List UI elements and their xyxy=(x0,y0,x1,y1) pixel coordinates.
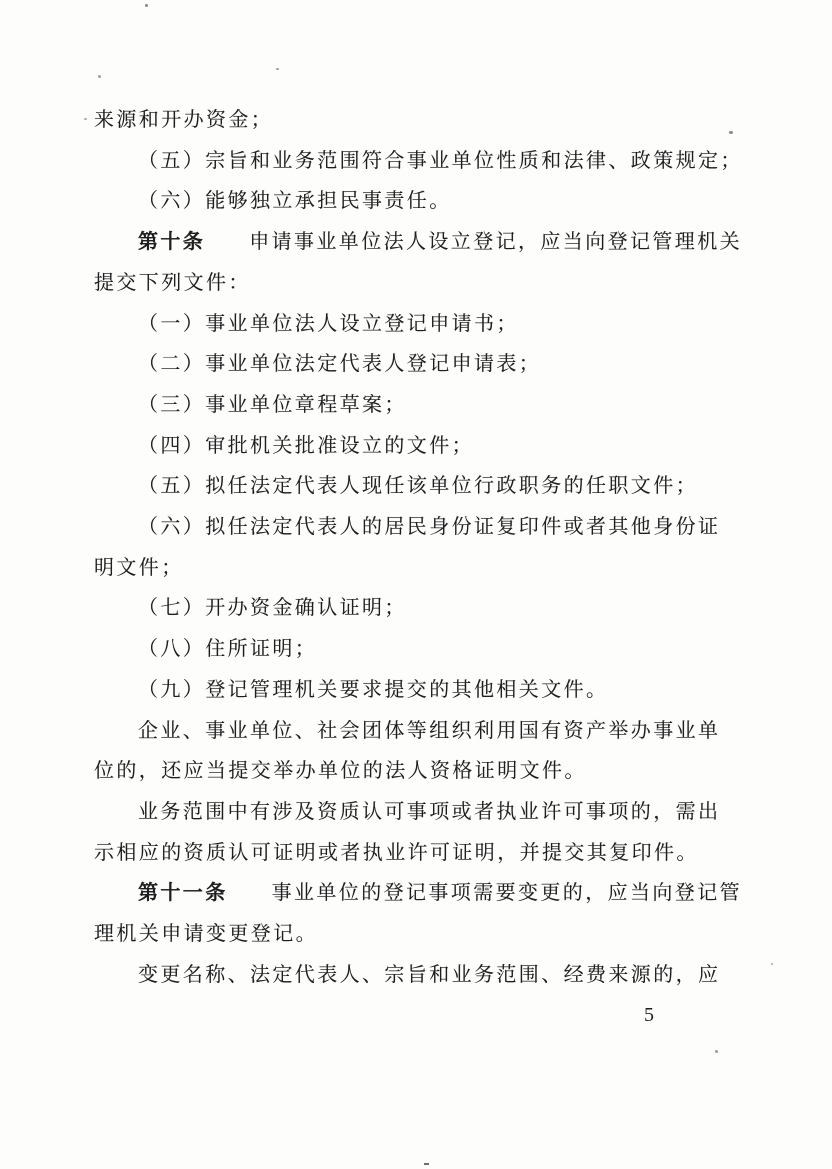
text-segment: 变更名称、法定代表人、宗旨和业务范围、经费来源的，应 xyxy=(138,964,720,986)
scan-speck xyxy=(424,1163,429,1165)
scan-speck xyxy=(771,963,773,965)
text-line: （九）登记管理机关要求提交的其他相关文件。 xyxy=(94,670,744,711)
text-segment: （六）能够独立承担民事责任。 xyxy=(138,190,452,212)
text-segment: （三）事业单位章程草案； xyxy=(138,394,407,416)
text-line: （七）开办资金确认证明； xyxy=(94,588,744,629)
text-line: （一）事业单位法人设立登记申请书； xyxy=(94,304,744,345)
text-segment: （一）事业单位法人设立登记申请书； xyxy=(138,313,519,335)
text-line: 提交下列文件： xyxy=(94,263,744,304)
text-segment: （八）住所证明； xyxy=(138,638,317,660)
text-segment: （六）拟任法定代表人的居民身份证复印件或者其他身份证 xyxy=(138,516,720,538)
text-line: 明文件； xyxy=(94,548,744,589)
text-line: （六）拟任法定代表人的居民身份证复印件或者其他身份证 xyxy=(94,507,744,548)
text-line: （五）拟任法定代表人现任该单位行政职务的任职文件； xyxy=(94,466,744,507)
text-line: 理机关申请变更登记。 xyxy=(94,914,744,955)
text-segment: 来源和开办资金； xyxy=(94,109,273,131)
text-line: （二）事业单位法定代表人登记申请表； xyxy=(94,344,744,385)
text-segment: 企业、事业单位、社会团体等组织利用国有资产举办事业单 xyxy=(138,720,720,742)
scan-speck xyxy=(715,1050,718,1053)
scan-speck xyxy=(276,68,279,70)
text-segment: 明文件； xyxy=(94,557,184,579)
text-segment: 示相应的资质认可证明或者执业许可证明，并提交其复印件。 xyxy=(94,842,699,864)
text-segment: （五）宗旨和业务范围符合事业单位性质和法律、政策规定； xyxy=(138,150,743,172)
article-number: 第十一条 xyxy=(138,882,228,904)
text-segment: （七）开办资金确认证明； xyxy=(138,597,407,619)
text-line: （六）能够独立承担民事责任。 xyxy=(94,181,744,222)
scan-speck xyxy=(145,4,148,7)
text-segment: 事业单位的登记事项需要变更的，应当向登记管 xyxy=(272,882,742,904)
scan-speck xyxy=(84,118,87,120)
text-line: 变更名称、法定代表人、宗旨和业务范围、经费来源的，应 xyxy=(94,955,744,996)
text-line: 第十条申请事业单位法人设立登记，应当向登记管理机关 xyxy=(94,222,744,263)
text-line: 企业、事业单位、社会团体等组织利用国有资产举办事业单 xyxy=(94,711,744,752)
text-line: 示相应的资质认可证明或者执业许可证明，并提交其复印件。 xyxy=(94,833,744,874)
text-line: 第十一条事业单位的登记事项需要变更的，应当向登记管 xyxy=(94,873,744,914)
scan-speck xyxy=(98,75,101,78)
text-segment: （二）事业单位法定代表人登记申请表； xyxy=(138,353,541,375)
text-segment: 位的，还应当提交举办单位的法人资格证明文件。 xyxy=(94,760,587,782)
document-page: 来源和开办资金；（五）宗旨和业务范围符合事业单位性质和法律、政策规定；（六）能够… xyxy=(0,0,832,1169)
document-body: 来源和开办资金；（五）宗旨和业务范围符合事业单位性质和法律、政策规定；（六）能够… xyxy=(94,100,744,995)
text-segment: （五）拟任法定代表人现任该单位行政职务的任职文件； xyxy=(138,475,698,497)
text-line: （三）事业单位章程草案； xyxy=(94,385,744,426)
article-number: 第十条 xyxy=(138,231,205,253)
text-segment: （四）审批机关批准设立的文件； xyxy=(138,435,474,457)
text-line: （八）住所证明； xyxy=(94,629,744,670)
text-line: （四）审批机关批准设立的文件； xyxy=(94,426,744,467)
text-line: （五）宗旨和业务范围符合事业单位性质和法律、政策规定； xyxy=(94,141,744,182)
text-line: 业务范围中有涉及资质认可事项或者执业许可事项的，需出 xyxy=(94,792,744,833)
page-number: 5 xyxy=(644,1004,654,1027)
text-segment: 申请事业单位法人设立登记，应当向登记管理机关 xyxy=(249,231,742,253)
text-line: 位的，还应当提交举办单位的法人资格证明文件。 xyxy=(94,751,744,792)
scan-speck xyxy=(729,131,733,134)
text-line: 来源和开办资金； xyxy=(94,100,744,141)
text-segment: 提交下列文件： xyxy=(94,272,251,294)
text-segment: 业务范围中有涉及资质认可事项或者执业许可事项的，需出 xyxy=(138,801,720,823)
text-segment: （九）登记管理机关要求提交的其他相关文件。 xyxy=(138,679,608,701)
text-segment: 理机关申请变更登记。 xyxy=(94,923,318,945)
